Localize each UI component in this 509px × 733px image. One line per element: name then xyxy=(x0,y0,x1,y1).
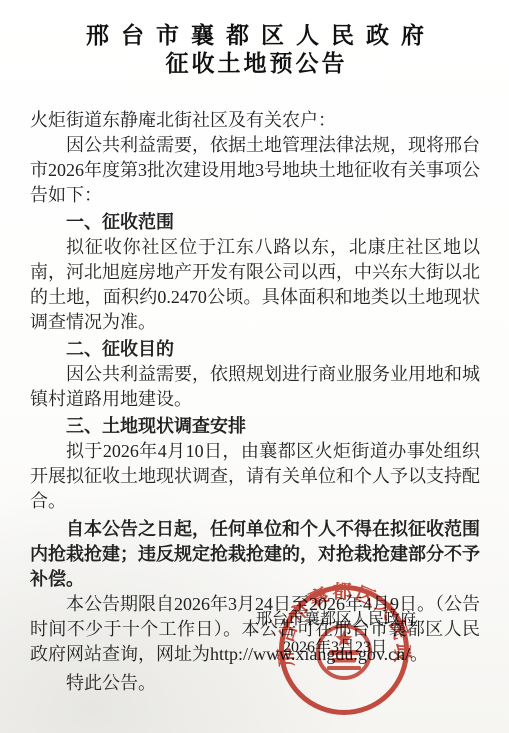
document-title-government: 邢台市襄都区人民政府 xyxy=(30,22,480,50)
document-body: 火炬街道东静庵北街社区及有关农户： 因公共利益需要，依据土地管理法律法规，现将邢… xyxy=(30,108,480,696)
signature-block: 邢台市襄都区人民政府 2026年3月23日 xyxy=(256,610,414,658)
section-3-heading: 三、土地现状调查安排 xyxy=(30,414,480,439)
section-1-body: 拟征收你社区位于江东八路以东，北康庄社区地以南，河北旭庭房地产开发有限公司以西，… xyxy=(30,235,480,335)
emblem-bar-3 xyxy=(327,666,361,670)
signature-date: 2026年3月23日 xyxy=(256,638,414,658)
document-title-subject: 征收土地预公告 xyxy=(30,50,480,78)
section-1-heading: 一、征收范围 xyxy=(30,210,480,235)
section-2-body: 因公共利益需要，依照规划进行商业服务业用地和城镇村道路用地建设。 xyxy=(30,362,480,412)
warning-paragraph: 自本公告之日起，任何单位和个人不得在拟征收范围内抢栽抢建；违反规定抢栽抢建的，对… xyxy=(30,517,480,592)
signature-government: 邢台市襄都区人民政府 xyxy=(256,610,414,630)
section-3-body: 拟于2026年4月10日，由襄都区火炬街道办事处组织开展拟征收土地现状调查，请有… xyxy=(30,439,480,514)
intro-paragraph: 因公共利益需要，依据土地管理法律法规，现将邢台市2026年度第3批次建设用地3号… xyxy=(30,133,480,208)
announcement-document: 邢台市襄都区人民政府 征收土地预公告 火炬街道东静庵北街社区及有关农户： 因公共… xyxy=(0,0,509,733)
emblem-bar-2 xyxy=(332,658,356,663)
section-2-heading: 二、征收目的 xyxy=(30,337,480,362)
addressee-line: 火炬街道东静庵北街社区及有关农户： xyxy=(30,108,480,133)
closing-line: 特此公告。 xyxy=(30,671,480,696)
